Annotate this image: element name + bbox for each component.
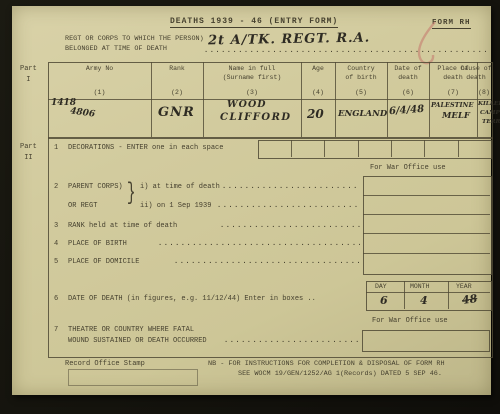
item2-sub1-dots: ........................................	[222, 183, 360, 191]
record-office-stamp-label: Record Office Stamp	[65, 360, 145, 368]
part1-label: Part I	[20, 64, 37, 85]
item5-label: PLACE OF DOMICILE	[68, 258, 139, 266]
war-office-boxes	[363, 176, 492, 275]
item3-number: 3	[54, 222, 58, 230]
entry-place-line1: PALESTINE	[431, 101, 473, 109]
record-office-stamp-box	[68, 369, 198, 386]
item4-label: PLACE OF BIRTH	[68, 240, 127, 248]
item2-brace: }	[127, 180, 136, 207]
col-header-country: Country of birth(5)	[335, 63, 387, 99]
item4-number: 4	[54, 240, 58, 248]
item2-sub1: i) at time of death	[140, 183, 220, 191]
entry-place-line2: MELF	[442, 111, 470, 121]
item7-line2: WOUND SUSTAINED OR DEATH OCCURRED	[68, 337, 207, 345]
dmy-month-value: 4	[420, 294, 428, 307]
item3-dots: ........................................	[220, 222, 360, 230]
war-office-use-label-1: For War Office use	[370, 164, 446, 172]
col-header-age: Age(4)	[301, 63, 335, 99]
regt-label: REGT OR CORPS TO WHICH THE PERSON) BELON…	[65, 35, 204, 55]
item2-sub2-dots: ........................................…	[217, 202, 360, 210]
col-header-rank: Rank(2)	[151, 63, 203, 99]
entry-cause-line3: TERRORISTS	[482, 119, 500, 125]
col-header-date: Date of death(6)	[387, 63, 429, 99]
regt-value-handwritten: 2t A/TK. REGT. R.A.	[208, 31, 370, 49]
dmy-day-value: 6	[380, 294, 388, 307]
war-office-use-label-2: For War Office use	[372, 317, 448, 325]
col-header-name: Name in full (Surname first)(3)	[203, 63, 301, 99]
form-paper: DEATHS 1939 - 46 (ENTRY FORM) FORM RH RE…	[12, 6, 491, 395]
entry-name-line2: CLIFFORD	[220, 112, 292, 123]
dmy-month-label: MONTH	[410, 283, 430, 290]
item2-sub2: ii) on 1 Sep 1939	[140, 202, 211, 210]
col-header-cause: Cause of death(8)	[477, 63, 491, 99]
photo-frame: DEATHS 1939 - 46 (ENTRY FORM) FORM RH RE…	[0, 0, 500, 414]
form-title: DEATHS 1939 - 46 (ENTRY FORM)	[170, 17, 338, 28]
entry-rank: GNR	[158, 105, 195, 120]
item6-label: DATE OF DEATH (in figures, e.g. 11/12/44…	[68, 295, 316, 303]
item7-number: 7	[54, 326, 58, 334]
item4-dots: ........................................…	[158, 240, 360, 248]
item1-number: 1	[54, 144, 58, 152]
item5-dots: ........................................…	[174, 258, 360, 266]
item7-war-office-box	[362, 330, 490, 352]
item1-label: DECORATIONS - ENTER one in each space	[68, 144, 223, 152]
nb-instructions-line2: SEE WOCM 19/GEN/1252/AG 1(Records) DATED…	[238, 370, 442, 378]
dmy-year-value: 48	[461, 292, 478, 307]
item5-number: 5	[54, 258, 58, 266]
item2-number: 2	[54, 183, 58, 191]
item7-dots: ............................	[224, 337, 358, 345]
dmy-year-label: YEAR	[456, 283, 472, 290]
item3-label: RANK held at time of death	[68, 222, 177, 230]
item2-line2: OR REGT	[68, 202, 97, 210]
col-header-army-no: Army No(1)	[48, 63, 151, 99]
decorations-boxes	[258, 140, 492, 159]
dmy-day-label: DAY	[375, 283, 387, 290]
red-pencil-mark	[407, 20, 452, 68]
entry-cause-line1: KILLED IN RAID ON	[478, 101, 492, 107]
item7-line1: THEATRE OR COUNTRY WHERE FATAL	[68, 326, 194, 334]
entry-age: 20	[307, 107, 324, 121]
item6-number: 6	[54, 295, 58, 303]
part2-label: Part II	[20, 142, 37, 163]
nb-instructions-line1: NB - FOR INSTRUCTIONS FOR COMPLETION & D…	[208, 360, 445, 368]
entry-name-line1: WOOD	[227, 99, 266, 110]
item2-line1: PARENT CORPS)	[68, 183, 123, 191]
entry-country: ENGLAND	[338, 109, 387, 119]
entry-cause-line2: CAMP BY JEWISH	[480, 110, 500, 116]
